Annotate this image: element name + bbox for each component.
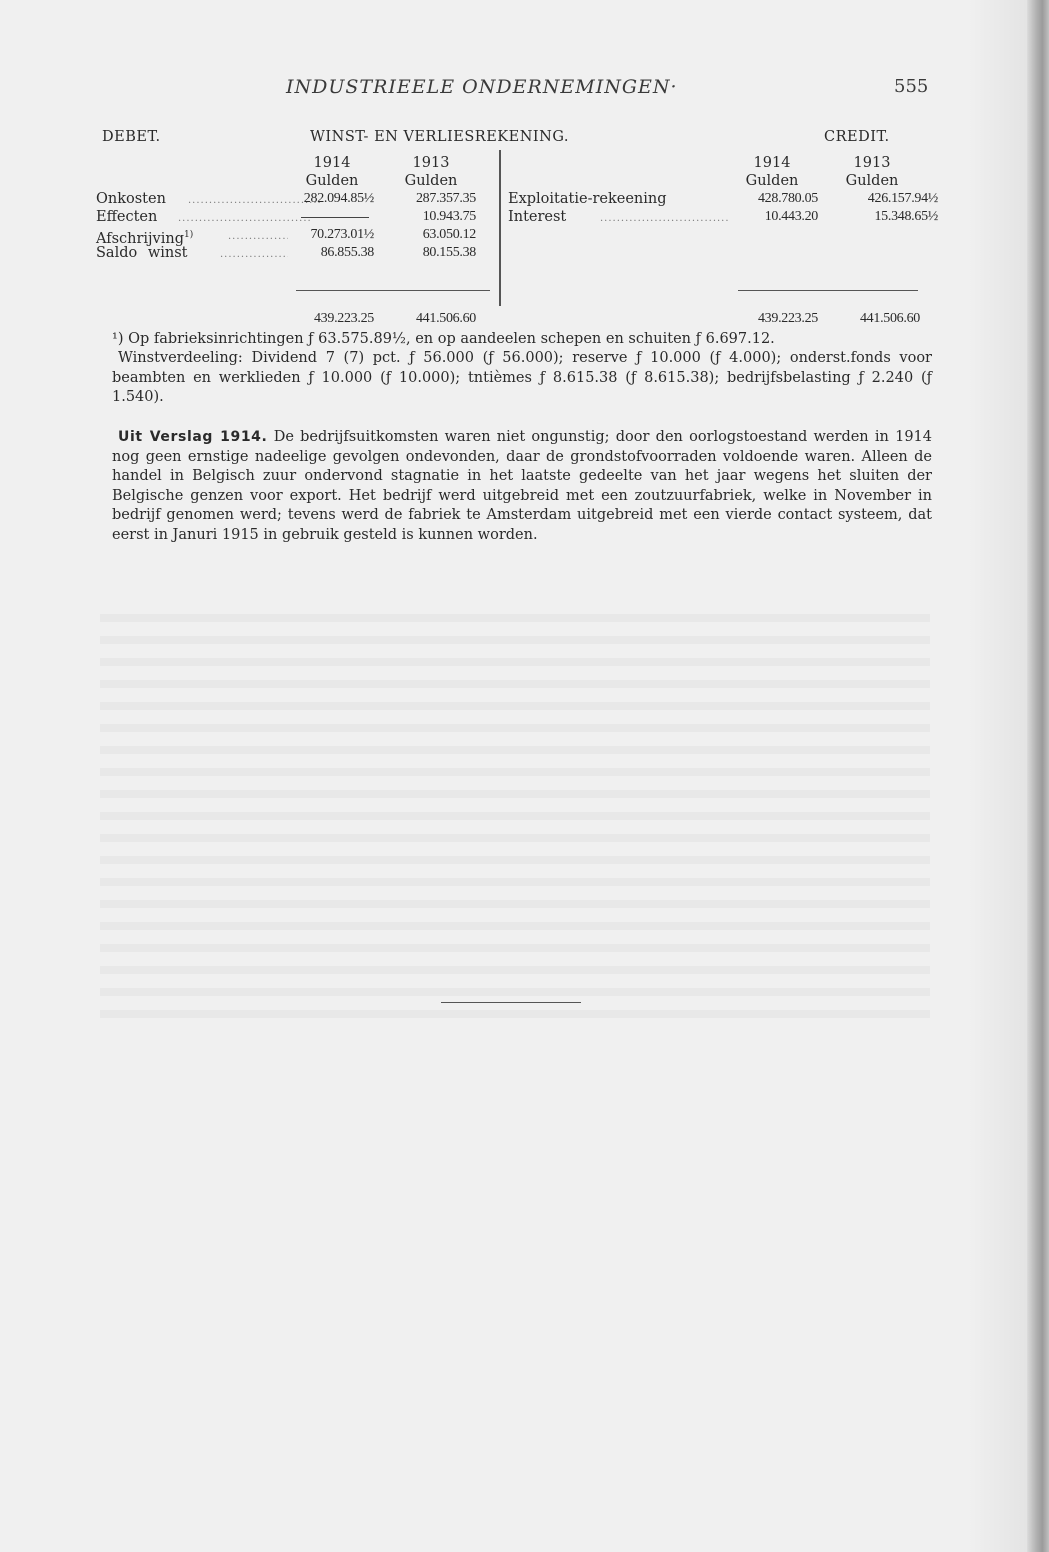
row-label: Interest xyxy=(508,208,566,226)
value-1914: 428.780.05 xyxy=(732,190,818,208)
row-label: Onkosten xyxy=(96,190,166,208)
total-1913: 441.506.60 xyxy=(824,310,920,328)
value-1913: 426.157.94½ xyxy=(838,190,938,208)
footnote-block: ¹) Op fabrieksinrichtingen ƒ 63.575.89½,… xyxy=(112,330,932,407)
row-label: Exploitatie-rekeening xyxy=(508,190,667,208)
debet-label: DEBET. xyxy=(102,128,161,146)
value-1913: 287.357.35 xyxy=(384,190,476,208)
running-head: INDUSTRIEELE ONDERNEMINGEN· xyxy=(286,76,678,98)
total-1914: 439.223.25 xyxy=(730,310,818,328)
profit-distribution: Winstverdeeling: Dividend 7 (7) pct. ƒ 5… xyxy=(112,349,932,407)
debet-col-1914-unit: Gulden xyxy=(287,172,377,190)
row-label: Effecten xyxy=(96,208,157,226)
value-1913: 15.348.65½ xyxy=(838,208,938,226)
total-1913: 441.506.60 xyxy=(384,310,476,328)
debet-col-1913-unit: Gulden xyxy=(386,172,476,190)
section-end-rule xyxy=(441,1002,581,1003)
credit-label: CREDIT. xyxy=(824,128,890,146)
footnote-depreciation: ¹) Op fabrieksinrichtingen ƒ 63.575.89½,… xyxy=(112,330,932,349)
value-1914: 10.443.20 xyxy=(732,208,818,226)
leader-dots: ................................ xyxy=(600,210,730,228)
debet-col-1914-year: 1914 xyxy=(287,154,377,172)
account-header: DEBET. WINST- EN VERLIESREKENING. CREDIT… xyxy=(96,128,936,148)
value-1913: 63.050.12 xyxy=(384,226,476,244)
credit-col-1914-year: 1914 xyxy=(727,154,817,172)
credit-col-1914-unit: Gulden xyxy=(727,172,817,190)
value-1914: 70.273.01½ xyxy=(282,226,374,244)
page-number: 555 xyxy=(894,76,928,97)
leader-dots: ................................ xyxy=(228,228,288,246)
credit-col-1913-unit: Gulden xyxy=(827,172,917,190)
account-body: 1914 1913 Gulden Gulden 1914 1913 Gulden… xyxy=(96,148,936,298)
reverse-side-bleed-through xyxy=(100,600,930,1020)
leader-dots: ................................ xyxy=(220,246,288,264)
annual-report-excerpt: Uit Verslag 1914. De bedrijfsuitkomsten … xyxy=(112,428,932,546)
row-label: Saldo winst xyxy=(96,244,188,262)
total-1914: 439.223.25 xyxy=(282,310,374,328)
profit-loss-account: DEBET. WINST- EN VERLIESREKENING. CREDIT… xyxy=(96,128,936,298)
report-body: De bedrijfsuitkomsten waren niet ongunst… xyxy=(112,429,932,543)
page-edge xyxy=(1027,0,1049,1552)
page-gutter-shadow xyxy=(967,0,1027,1552)
value-1914: 282.094.85½ xyxy=(282,190,374,208)
column-divider xyxy=(499,150,501,306)
report-lead: Uit Verslag 1914. xyxy=(118,429,267,445)
footnote-mark: 1) xyxy=(184,230,193,240)
nil-dash xyxy=(301,217,369,218)
value-1913: 10.943.75 xyxy=(384,208,476,226)
credit-col-1913-year: 1913 xyxy=(827,154,917,172)
value-1914: 86.855.38 xyxy=(282,244,374,262)
account-title: WINST- EN VERLIESREKENING. xyxy=(310,128,569,146)
debet-col-1913-year: 1913 xyxy=(386,154,476,172)
debet-total-rule xyxy=(296,290,490,291)
report-paragraph: Uit Verslag 1914. De bedrijfsuitkomsten … xyxy=(112,428,932,546)
value-1913: 80.155.38 xyxy=(384,244,476,262)
credit-total-rule xyxy=(738,290,918,291)
